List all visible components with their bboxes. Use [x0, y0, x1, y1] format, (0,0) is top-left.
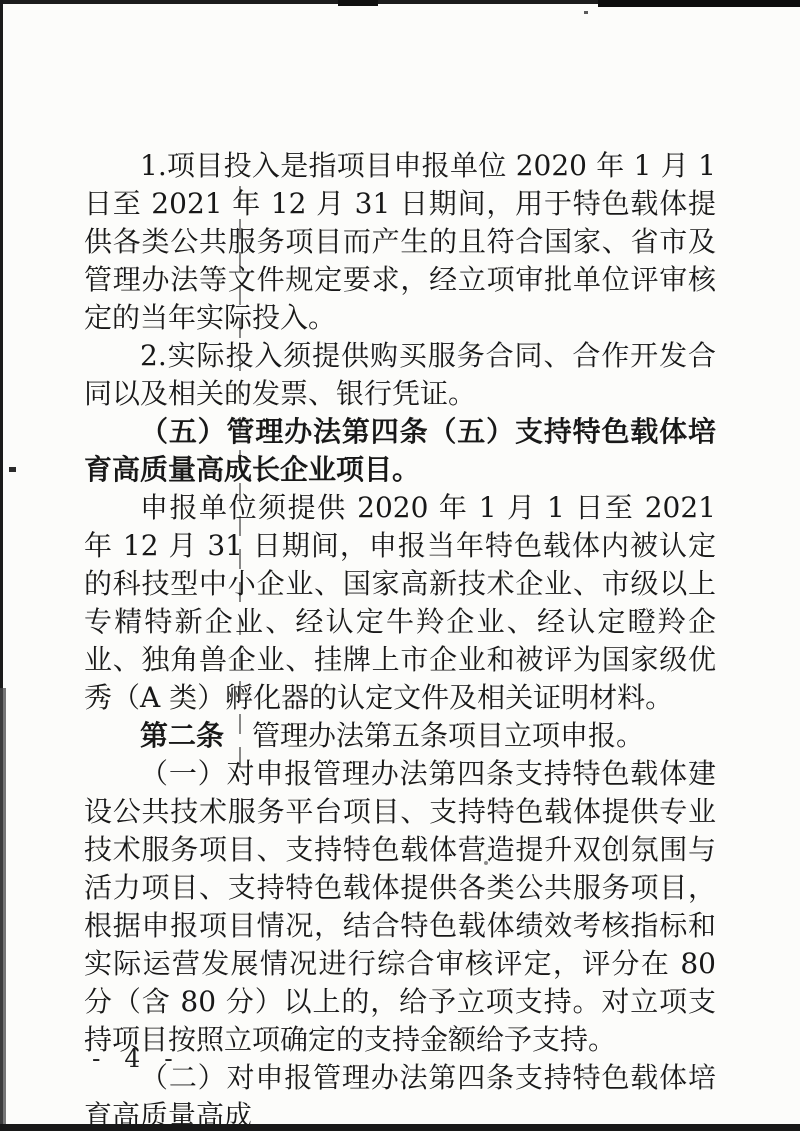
scanned-document-page: 1.项目投入是指项目申报单位 2020 年 1 月 1 日至 2021 年 12…	[0, 0, 800, 1131]
para-4-declaration-materials: 申报单位须提供 2020 年 1 月 1 日至 2021 年 12 月 31 日…	[84, 489, 716, 717]
scan-edge-left	[0, 0, 3, 1131]
text-segment: 申报单位须提供 2020 年 1 月 1 日至 2021 年 12 月 31 日…	[84, 491, 716, 714]
bold-text-segment: （五）管理办法第四条（五）支持特色载体培育高质量高成长企业项目。	[84, 415, 716, 486]
para-5-article-two: 第二条 管理办法第五条项目立项申报。	[84, 717, 716, 755]
scan-speck	[584, 11, 588, 14]
text-segment: （一）对申报管理办法第四条支持特色载体建设公共技术服务平台项目、支持特色载体提供…	[84, 757, 716, 1056]
text-segment: 管理办法第五条项目立项申报。	[224, 719, 644, 752]
document-body: 1.项目投入是指项目申报单位 2020 年 1 月 1 日至 2021 年 12…	[84, 147, 716, 1131]
scan-edge-top-segment	[338, 0, 378, 6]
scan-edge-top-right	[598, 0, 800, 7]
para-1-project-investment-definition: 1.项目投入是指项目申报单位 2020 年 1 月 1 日至 2021 年 12…	[84, 147, 716, 337]
text-segment: 2.实际投入须提供购买服务合同、合作开发合同以及相关的发票、银行凭证。	[84, 339, 716, 410]
para-2-actual-investment-evidence: 2.实际投入须提供购买服务合同、合作开发合同以及相关的发票、银行凭证。	[84, 337, 716, 413]
para-6-item-one-review-rules: （一）对申报管理办法第四条支持特色载体建设公共技术服务平台项目、支持特色载体提供…	[84, 755, 716, 1059]
para-3-item-five-heading: （五）管理办法第四条（五）支持特色载体培育高质量高成长企业项目。	[84, 413, 716, 489]
bold-text-segment: 第二条	[140, 719, 224, 752]
margin-dash-mark	[9, 467, 16, 472]
scan-edge-left-shadow	[0, 688, 6, 1131]
page-number: - 4 -	[92, 1044, 181, 1073]
text-segment: 1.项目投入是指项目申报单位 2020 年 1 月 1 日至 2021 年 12…	[84, 149, 716, 334]
scan-edge-top	[0, 0, 800, 4]
